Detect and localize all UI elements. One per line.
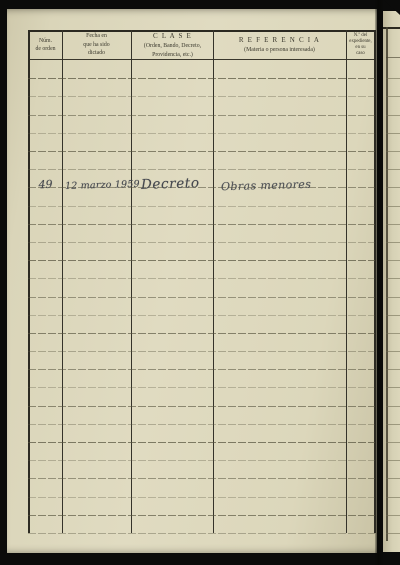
adjacent-row-line	[386, 369, 400, 370]
entry-row: 49 12 marzo 1959 Decreto Obras menores	[0, 173, 400, 199]
adjacent-row-line	[386, 78, 400, 79]
page-gutter-shadow	[375, 0, 383, 565]
row-line	[28, 151, 375, 152]
adjacent-row-line	[386, 115, 400, 116]
row-line	[28, 351, 375, 352]
adjacent-row-line	[386, 460, 400, 461]
adjacent-row-line	[386, 169, 400, 170]
row-line	[28, 242, 375, 243]
row-line	[28, 78, 375, 79]
header-line: R E F E R E N C I A	[239, 35, 320, 45]
row-line	[28, 515, 375, 516]
column-divider-1	[62, 30, 63, 533]
row-line	[28, 315, 375, 316]
column-header-clase: C L A S E (Orden, Bando, Decreto, Provid…	[132, 31, 213, 59]
adjacent-row-line	[386, 224, 400, 225]
adjacent-row-line	[386, 333, 400, 334]
row-line	[28, 497, 375, 498]
entry-referencia: Obras menores	[221, 178, 312, 194]
row-line	[28, 460, 375, 461]
row-line	[28, 224, 375, 225]
row-line	[28, 387, 375, 388]
row-line	[28, 169, 375, 170]
row-line	[28, 333, 375, 334]
column-divider-2	[131, 30, 132, 533]
adjacent-row-line	[386, 315, 400, 316]
adjacent-row-line	[386, 96, 400, 97]
row-line	[28, 133, 375, 134]
adjacent-row-line	[386, 497, 400, 498]
adjacent-row-line	[386, 133, 400, 134]
header-line: Núm.	[39, 37, 52, 45]
row-line	[28, 297, 375, 298]
header-line: dictado	[88, 49, 105, 57]
scanned-ledger-page: Núm. de orden Fecha en que ha sido dicta…	[0, 0, 400, 565]
table-right-border	[374, 30, 376, 533]
header-line: Providencia, etc.)	[152, 51, 193, 59]
row-line	[28, 278, 375, 279]
column-divider-3	[213, 30, 214, 533]
row-line	[28, 96, 375, 97]
adjacent-row-line	[386, 351, 400, 352]
column-header-num: Núm. de orden	[29, 31, 62, 59]
row-line	[28, 369, 375, 370]
column-header-expediente: N.º del expediente, en su caso	[347, 31, 374, 59]
adjacent-row-line	[386, 442, 400, 443]
header-divider	[28, 59, 375, 60]
adjacent-row-line	[386, 533, 400, 534]
column-header-referencia: R E F E R E N C I A (Materia o persona i…	[214, 31, 345, 59]
adjacent-row-line	[386, 260, 400, 261]
row-line	[28, 260, 375, 261]
adjacent-page-left-border	[386, 27, 388, 541]
adjacent-page-header-line	[386, 57, 400, 58]
adjacent-row-line	[386, 406, 400, 407]
header-line: Fecha en	[86, 32, 107, 40]
header-line: caso	[356, 51, 365, 57]
row-line	[28, 206, 375, 207]
column-divider-4	[346, 30, 347, 533]
header-line: C L A S E	[153, 31, 192, 41]
row-line	[28, 115, 375, 116]
adjacent-row-line	[386, 515, 400, 516]
table-left-border	[28, 30, 30, 533]
row-line	[28, 533, 375, 534]
adjacent-row-line	[386, 424, 400, 425]
row-line	[28, 406, 375, 407]
adjacent-row-line	[386, 478, 400, 479]
row-line	[28, 478, 375, 479]
header-line: (Materia o persona interesada)	[244, 46, 315, 54]
header-line: (Orden, Bando, Decreto,	[144, 42, 201, 50]
adjacent-row-line	[386, 206, 400, 207]
column-header-fecha: Fecha en que ha sido dictado	[63, 31, 130, 59]
adjacent-row-line	[386, 278, 400, 279]
entry-clase: Decreto	[141, 175, 200, 193]
row-line	[28, 424, 375, 425]
adjacent-row-line	[386, 297, 400, 298]
adjacent-row-line	[386, 242, 400, 243]
entry-num: 49	[29, 178, 62, 192]
adjacent-row-line	[386, 387, 400, 388]
row-line	[28, 442, 375, 443]
header-line: de orden	[35, 45, 55, 53]
adjacent-row-line	[386, 151, 400, 152]
header-line: que ha sido	[83, 41, 109, 49]
entry-fecha: 12 marzo 1959	[65, 179, 129, 192]
